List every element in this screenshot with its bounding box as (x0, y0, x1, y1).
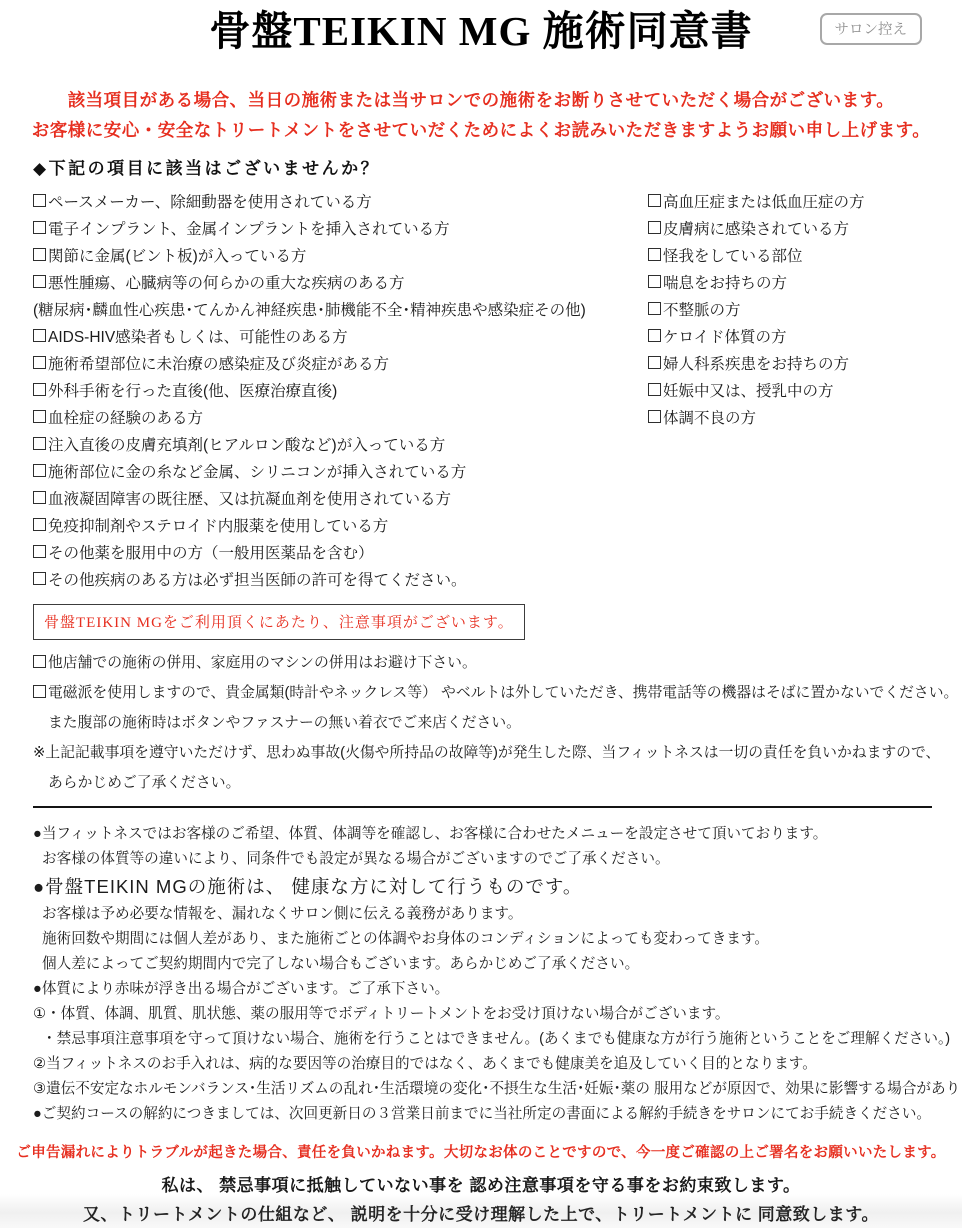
precaution-item: ※上記記載事項を遵守いただけず、思わぬ事故(火傷や所持品の故障等)が発生した際、… (33, 736, 962, 766)
checklist-item-label: 喘息をお持ちの方 (663, 271, 787, 293)
section-divider (33, 806, 932, 808)
note-line: ●骨盤TEIKIN MGの施術は、 健康な方に対して行うものです。 (33, 872, 954, 902)
checklist-item-label: ケロイド体質の方 (663, 325, 787, 347)
checklist-item-label: 施術部位に金の糸など金属、シリニコンが挿入されている方 (48, 460, 466, 482)
checklist-item: 悪性腫瘍、心臓病等の何らかの重大な疾病のある方 (33, 268, 648, 295)
contraindication-checklist: ペースメーカー、除細動器を使用されている方 電子インプラント、金属インプラントを… (33, 187, 962, 592)
checklist-item: 関節に金属(ビント板)が入っている方 (33, 241, 648, 268)
checkbox[interactable] (33, 518, 46, 531)
note-line: ●ご契約コースの解約につきましては、次回更新日の３営業日前までに当社所定の書面に… (33, 1102, 954, 1127)
checklist-right-column: 高血圧症または低血圧症の方 皮膚病に感染されている方 怪我をしている部位 喘息を… (648, 187, 962, 592)
final-warning: ご申告漏れによりトラブルが起きた場合、責任を負いかねます。大切なお体のことですの… (0, 1141, 962, 1162)
notes-list: ●当フィットネスではお客様のご希望、体質、体調等を確認し、お客様に合わせたメニュ… (33, 822, 954, 1127)
checklist-item: その他疾病のある方は必ず担当医師の許可を得てください。 (33, 565, 648, 592)
precaution-item: 電磁派を使用しますので、貴金属類(時計やネックレス等） やベルトは外していただき… (33, 676, 962, 706)
note-line: ③遺伝不安定なホルモンバランス･生活リズムの乱れ･生活環境の変化･不摂生な生活･… (33, 1077, 954, 1102)
checklist-item: 電子インプラント、金属インプラントを挿入されている方 (33, 214, 648, 241)
checklist-item-label: 不整脈の方 (663, 298, 741, 320)
note-line: お客様は予め必要な情報を、漏れなくサロン側に伝える義務があります。 (33, 902, 954, 927)
checklist-item: 施術希望部位に未治療の感染症及び炎症がある方 (33, 349, 648, 376)
checklist-item-label: 婦人科系疾患をお持ちの方 (663, 352, 849, 374)
checklist-item-label: (糖尿病･麟血性心疾患･てんかん神経疾患･肺機能不全･精神疾患や感染症その他) (33, 298, 586, 320)
checkbox[interactable] (33, 437, 46, 450)
precaution-item-label: ※上記記載事項を遵守いただけず、思わぬ事故(火傷や所持品の故障等)が発生した際、… (33, 741, 940, 762)
checklist-item-label: 妊娠中又は、授乳中の方 (663, 379, 834, 401)
checklist-heading: ◆下記の項目に該当はございませんか？ (33, 157, 962, 181)
checkbox[interactable] (33, 329, 46, 342)
precaution-item: また腹部の施術時はボタンやファスナーの無い着衣でご来店ください。 (33, 706, 962, 736)
checkbox[interactable] (33, 356, 46, 369)
intro-line-1: 該当項目がある場合、当日の施術または当サロンでの施術をお断りさせていただく場合が… (0, 85, 962, 115)
checklist-item-label: ペースメーカー、除細動器を使用されている方 (48, 190, 372, 212)
checklist-item: 血栓症の経験のある方 (33, 403, 648, 430)
precaution-item-label: また腹部の施術時はボタンやファスナーの無い着衣でご来店ください。 (48, 711, 521, 732)
checklist-item-label: 皮膚病に感染されている方 (663, 217, 849, 239)
note-line: 施術回数や期間には個人差があり、また施術ごとの体調やお身体のコンディションによっ… (33, 927, 954, 952)
checklist-item-label: 体調不良の方 (663, 406, 756, 428)
checklist-item: 怪我をしている部位 (648, 241, 962, 268)
checklist-item: 免疫抑制剤やステロイド内服薬を使用している方 (33, 511, 648, 538)
checklist-item: 婦人科系疾患をお持ちの方 (648, 349, 962, 376)
checklist-item: 注入直後の皮膚充填剤(ヒアルロン酸など)が入っている方 (33, 430, 648, 457)
checklist-item: 外科手術を行った直後(他、医療治療直後) (33, 376, 648, 403)
checkbox[interactable] (648, 221, 661, 234)
checklist-item-label: 免疫抑制剤やステロイド内服薬を使用している方 (48, 514, 388, 536)
checkbox[interactable] (648, 194, 661, 207)
checklist-item-label: 高血圧症または低血圧症の方 (663, 190, 865, 212)
note-line: 個人差によってご契約期間内で完了しない場合もございます。あらかじめご了承ください… (33, 952, 954, 977)
checkbox[interactable] (648, 302, 661, 315)
precaution-item: 他店舗での施術の併用、家庭用のマシンの併用はお避け下さい。 (33, 646, 962, 676)
checklist-item-label: AIDS-HIV感染者もしくは、可能性のある方 (48, 325, 348, 347)
checkbox[interactable] (33, 655, 46, 668)
agreement-line-1: 私は、 禁忌事項に抵触していない事を 認め注意事項を守る事をお約束致します。 (0, 1171, 962, 1200)
notice-box: 骨盤TEIKIN MGをご利用頂くにあたり、注意事項がございます。 (33, 604, 525, 640)
note-line: ②当フィットネスのお手入れは、病的な要因等の治療目的ではなく、あくまでも健康美を… (33, 1052, 954, 1077)
checklist-item: ペースメーカー、除細動器を使用されている方 (33, 187, 648, 214)
precaution-item-label: あらかじめご了承ください。 (48, 771, 240, 792)
note-line: ・禁忌事項注意事項を守って頂けない場合、施術を行うことはできません。(あくまでも… (33, 1027, 954, 1052)
checklist-item: AIDS-HIV感染者もしくは、可能性のある方 (33, 322, 648, 349)
checkbox[interactable] (33, 275, 46, 288)
checklist-item: その他薬を服用中の方（一般用医薬品を含む） (33, 538, 648, 565)
checklist-item: 血液凝固障害の既往歴、又は抗凝血剤を使用されている方 (33, 484, 648, 511)
consent-form-page: サロン控え 骨盤TEIKIN MG 施術同意書 該当項目がある場合、当日の施術ま… (0, 0, 962, 1228)
checklist-item-label: 外科手術を行った直後(他、医療治療直後) (48, 379, 337, 401)
checkbox[interactable] (33, 464, 46, 477)
checklist-item-label: 施術希望部位に未治療の感染症及び炎症がある方 (48, 352, 389, 374)
checklist-item-label: 血栓症の経験のある方 (48, 406, 203, 428)
page-title: 骨盤TEIKIN MG 施術同意書 (0, 0, 962, 55)
checkbox[interactable] (648, 356, 661, 369)
checklist-item: 施術部位に金の糸など金属、シリニコンが挿入されている方 (33, 457, 648, 484)
checkbox[interactable] (648, 275, 661, 288)
checklist-item: (糖尿病･麟血性心疾患･てんかん神経疾患･肺機能不全･精神疾患や感染症その他) (33, 295, 648, 322)
agreement-statement: 私は、 禁忌事項に抵触していない事を 認め注意事項を守る事をお約束致します。 又… (0, 1171, 962, 1228)
checklist-item-label: 注入直後の皮膚充填剤(ヒアルロン酸など)が入っている方 (48, 433, 445, 455)
note-line: ①・体質、体調、肌質、肌状態、薬の服用等でボディトリートメントをお受け頂けない場… (33, 1002, 954, 1027)
checkbox[interactable] (33, 545, 46, 558)
precaution-item-label: 電磁派を使用しますので、貴金属類(時計やネックレス等） やベルトは外していただき… (48, 681, 958, 702)
checklist-item: 不整脈の方 (648, 295, 962, 322)
checklist-item-label: その他疾病のある方は必ず担当医師の許可を得てください。 (48, 568, 467, 590)
checkbox[interactable] (33, 221, 46, 234)
salon-copy-badge: サロン控え (820, 13, 923, 45)
checkbox[interactable] (648, 329, 661, 342)
agreement-line-2: 又、トリートメントの仕組など、 説明を十分に受け理解した上で、トリートメントに … (0, 1200, 962, 1228)
checkbox[interactable] (33, 491, 46, 504)
checklist-item-label: 血液凝固障害の既往歴、又は抗凝血剤を使用されている方 (48, 487, 451, 509)
note-line: ●体質により赤味が浮き出る場合がございます。ご了承下さい。 (33, 977, 954, 1002)
checklist-item: 高血圧症または低血圧症の方 (648, 187, 962, 214)
precaution-item-label: 他店舗での施術の併用、家庭用のマシンの併用はお避け下さい。 (48, 651, 477, 672)
precautions-list: 他店舗での施術の併用、家庭用のマシンの併用はお避け下さい。 電磁派を使用しますの… (33, 646, 962, 796)
checkbox[interactable] (33, 383, 46, 396)
checkbox[interactable] (33, 410, 46, 423)
checklist-item: 妊娠中又は、授乳中の方 (648, 376, 962, 403)
checklist-item-label: 電子インプラント、金属インプラントを挿入されている方 (48, 217, 450, 239)
checkbox[interactable] (33, 572, 46, 585)
checkbox[interactable] (33, 685, 46, 698)
checkbox[interactable] (33, 194, 46, 207)
note-line: お客様の体質等の違いにより、同条件でも設定が異なる場合がございますのでご了承くだ… (33, 847, 954, 872)
checklist-item: 体調不良の方 (648, 403, 962, 430)
checklist-item-label: 悪性腫瘍、心臓病等の何らかの重大な疾病のある方 (48, 271, 405, 293)
checkbox[interactable] (648, 383, 661, 396)
note-line: ●当フィットネスではお客様のご希望、体質、体調等を確認し、お客様に合わせたメニュ… (33, 822, 954, 847)
checklist-item-label: その他薬を服用中の方（一般用医薬品を含む） (48, 541, 374, 563)
checklist-item-label: 怪我をしている部位 (663, 244, 803, 266)
intro-line-2: お客様に安心・安全なトリートメントをさせていだくためによくお読みいただきますよう… (0, 115, 962, 145)
checkbox[interactable] (648, 248, 661, 261)
checklist-left-column: ペースメーカー、除細動器を使用されている方 電子インプラント、金属インプラントを… (33, 187, 648, 592)
precaution-item: あらかじめご了承ください。 (33, 766, 962, 796)
checkbox[interactable] (648, 410, 661, 423)
notice-box-wrap: 骨盤TEIKIN MGをご利用頂くにあたり、注意事項がございます。 (33, 604, 962, 640)
intro-warning: 該当項目がある場合、当日の施術または当サロンでの施術をお断りさせていただく場合が… (0, 85, 962, 145)
checklist-item: ケロイド体質の方 (648, 322, 962, 349)
checklist-item: 皮膚病に感染されている方 (648, 214, 962, 241)
checklist-item-label: 関節に金属(ビント板)が入っている方 (48, 244, 306, 266)
checklist-item: 喘息をお持ちの方 (648, 268, 962, 295)
checkbox[interactable] (33, 248, 46, 261)
